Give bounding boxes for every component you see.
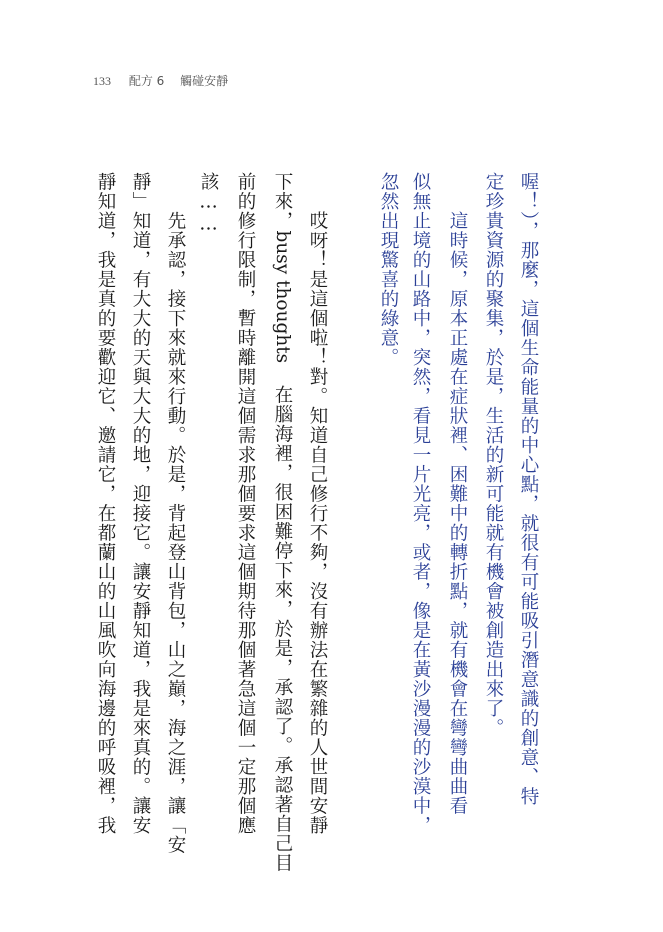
text-column: 喔！），那麼，這個生命能量的中心點，就很有可能吸引潛意識的創意、特 <box>517 172 539 806</box>
chapter-label: 配方 6 <box>129 74 164 88</box>
text-column: 該…… <box>197 172 219 236</box>
page-header: 133 配方 6 觸碰安靜 <box>93 72 228 89</box>
text-column: 靜知道，我是真的要歡迎它、邀請它，在都蘭山的山風吹向海邊的呼吸裡，我 <box>94 172 116 835</box>
text-segment: 在腦海裡，很困難停下來，於是，承認了。承認著自己目 <box>272 363 293 873</box>
text-column: 定珍貴資源的聚集，於是，生活的新可能就有機會被創造出來了。 <box>482 172 504 738</box>
text-column: 這時候，原本正處在症狀裡、困難中的轉折點，就有機會在彎彎曲曲看 <box>446 211 468 816</box>
text-column: 靜」知道，有大大的天與大大的地，迎接它。讓安靜知道，我是來真的。讓安 <box>129 172 151 835</box>
text-column: 似無止境的山路中，突然，看見一片光亮，或者，像是在黃沙漫漫的沙漠中， <box>409 172 431 835</box>
latin-phrase: busy thoughts <box>272 231 293 364</box>
text-column: 哎呀！是這個啦！對。知道自己修行不夠，沒有辦法在繁雜的人世間安靜 <box>306 211 328 835</box>
text-segment: 下來， <box>272 172 293 231</box>
text-column: 前的修行限制，暫時離開這個需求那個要求這個期待那個著急這個一定那個應 <box>234 172 256 835</box>
text-column: 先承認，接下來就來行動。於是，背起登山背包，山之巔，海之涯，讓「安 <box>164 211 186 855</box>
chapter-title: 觸碰安靜 <box>180 74 228 88</box>
text-column: 下來，busy thoughts 在腦海裡，很困難停下來，於是，承認了。承認著自… <box>271 172 293 873</box>
text-column: 忽然出現驚喜的綠意。 <box>377 172 399 367</box>
page-number: 133 <box>93 74 111 88</box>
